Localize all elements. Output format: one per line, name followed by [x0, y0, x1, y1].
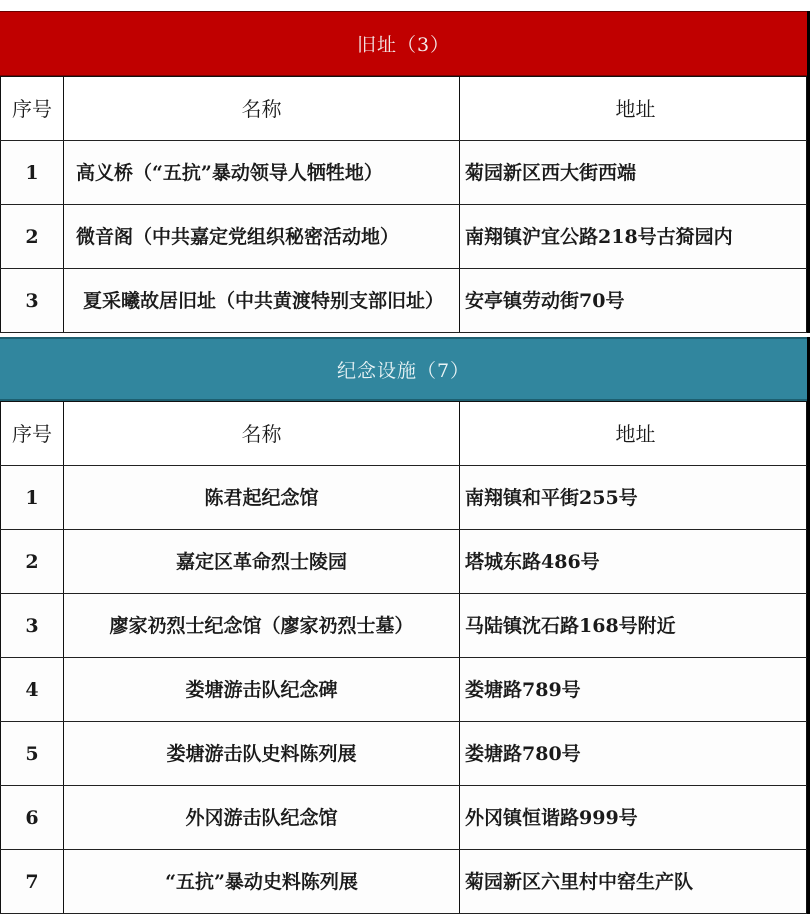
row-index: 3	[1, 269, 64, 333]
header-name: 名称	[64, 77, 460, 141]
row-address: 娄塘路789号	[460, 658, 807, 722]
row-index: 1	[1, 466, 64, 530]
table-row: 1 高义桥（“五抗”暴动领导人牺牲地） 菊园新区西大街西端	[1, 141, 807, 205]
memorial-facilities-table: 序号 名称 地址 1 陈君起纪念馆 南翔镇和平街255号 2 嘉定区革命烈士陵园…	[0, 401, 807, 914]
row-name: 廖家礽烈士纪念馆（廖家礽烈士墓）	[64, 594, 460, 658]
table-row: 5 娄塘游击队史料陈列展 娄塘路780号	[1, 722, 807, 786]
table-header-row: 序号 名称 地址	[1, 77, 807, 141]
row-name: 夏采曦故居旧址（中共黄渡特别支部旧址）	[64, 269, 460, 333]
row-index: 2	[1, 530, 64, 594]
top-margin	[0, 0, 812, 11]
former-sites-table: 序号 名称 地址 1 高义桥（“五抗”暴动领导人牺牲地） 菊园新区西大街西端 2…	[0, 76, 807, 333]
row-index: 3	[1, 594, 64, 658]
row-name: 高义桥（“五抗”暴动领导人牺牲地）	[64, 141, 460, 205]
row-name: 陈君起纪念馆	[64, 466, 460, 530]
row-name: 嘉定区革命烈士陵园	[64, 530, 460, 594]
row-index: 7	[1, 850, 64, 914]
row-address: 马陆镇沈石路168号附近	[460, 594, 807, 658]
row-address: 安亭镇劳动街70号	[460, 269, 807, 333]
row-index: 1	[1, 141, 64, 205]
row-index: 4	[1, 658, 64, 722]
table-header-row: 序号 名称 地址	[1, 402, 807, 466]
row-name: 外冈游击队纪念馆	[64, 786, 460, 850]
row-index: 2	[1, 205, 64, 269]
section-title-former-sites: 旧址（3）	[0, 11, 807, 76]
row-name: 娄塘游击队史料陈列展	[64, 722, 460, 786]
section-memorial-facilities: 纪念设施（7） 序号 名称 地址 1 陈君起纪念馆 南翔镇和平街255号 2 嘉…	[0, 337, 810, 914]
header-address: 地址	[460, 402, 807, 466]
table-row: 1 陈君起纪念馆 南翔镇和平街255号	[1, 466, 807, 530]
row-address: 南翔镇和平街255号	[460, 466, 807, 530]
row-address: 塔城东路486号	[460, 530, 807, 594]
row-address: 菊园新区六里村中窑生产队	[460, 850, 807, 914]
section-title-text: 旧址（3）	[357, 30, 450, 57]
table-row: 2 微音阁（中共嘉定党组织秘密活动地） 南翔镇沪宜公路218号古猗园内	[1, 205, 807, 269]
table-row: 3 廖家礽烈士纪念馆（廖家礽烈士墓） 马陆镇沈石路168号附近	[1, 594, 807, 658]
table-row: 2 嘉定区革命烈士陵园 塔城东路486号	[1, 530, 807, 594]
row-name: “五抗”暴动史料陈列展	[64, 850, 460, 914]
section-former-sites: 旧址（3） 序号 名称 地址 1 高义桥（“五抗”暴动领导人牺牲地） 菊园新区西…	[0, 11, 810, 333]
table-row: 3 夏采曦故居旧址（中共黄渡特别支部旧址） 安亭镇劳动街70号	[1, 269, 807, 333]
row-address: 娄塘路780号	[460, 722, 807, 786]
header-index: 序号	[1, 77, 64, 141]
header-name: 名称	[64, 402, 460, 466]
table-row: 7 “五抗”暴动史料陈列展 菊园新区六里村中窑生产队	[1, 850, 807, 914]
section-title-text: 纪念设施（7）	[337, 356, 470, 383]
table-row: 6 外冈游击队纪念馆 外冈镇恒谐路999号	[1, 786, 807, 850]
table-row: 4 娄塘游击队纪念碑 娄塘路789号	[1, 658, 807, 722]
row-index: 5	[1, 722, 64, 786]
row-index: 6	[1, 786, 64, 850]
header-address: 地址	[460, 77, 807, 141]
row-name: 微音阁（中共嘉定党组织秘密活动地）	[64, 205, 460, 269]
row-name: 娄塘游击队纪念碑	[64, 658, 460, 722]
row-address: 南翔镇沪宜公路218号古猗园内	[460, 205, 807, 269]
header-index: 序号	[1, 402, 64, 466]
row-address: 菊园新区西大街西端	[460, 141, 807, 205]
row-address: 外冈镇恒谐路999号	[460, 786, 807, 850]
section-title-memorial-facilities: 纪念设施（7）	[0, 337, 807, 401]
